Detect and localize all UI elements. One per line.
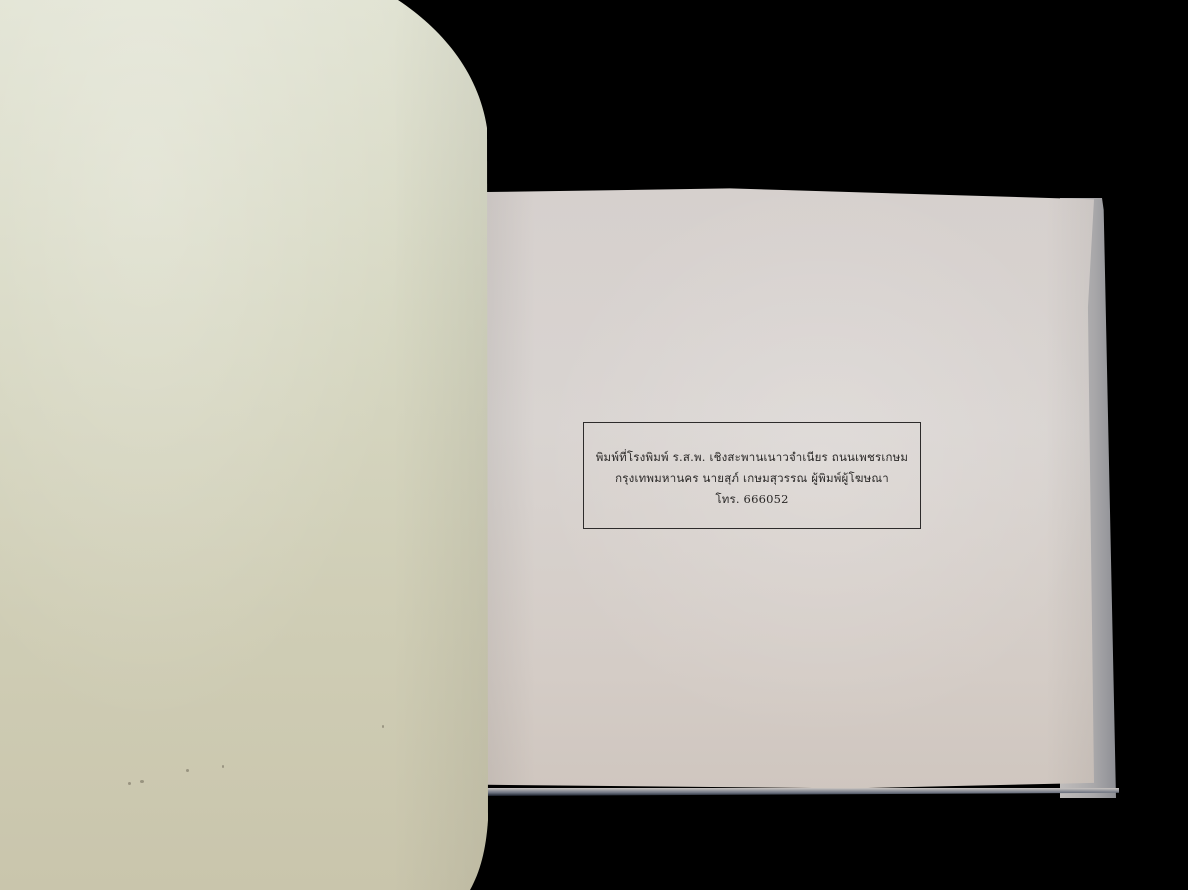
left-page-curled: [0, 0, 490, 890]
paper-stain: [128, 782, 131, 785]
paper-stain: [222, 765, 224, 768]
book-cover-bottom-edge: [487, 788, 1119, 796]
book-photo: พิมพ์ที่โรงพิมพ์ ร.ส.พ. เชิงสะพานเนาวจำเ…: [0, 0, 1188, 890]
paper-stain: [382, 725, 384, 728]
paper-stain: [140, 780, 144, 783]
imprint-city-publisher: กรุงเทพมหานคร นายสุภ์ เกษมสุวรรณ ผู้พิมพ…: [615, 469, 889, 487]
imprint-phone: โทร. 666052: [715, 490, 788, 508]
paper-stain: [186, 769, 189, 772]
printer-imprint-box: พิมพ์ที่โรงพิมพ์ ร.ส.พ. เชิงสะพานเนาวจำเ…: [583, 422, 921, 529]
imprint-printer-address: พิมพ์ที่โรงพิมพ์ ร.ส.พ. เชิงสะพานเนาวจำเ…: [596, 448, 908, 466]
right-page: พิมพ์ที่โรงพิมพ์ ร.ส.พ. เชิงสะพานเนาวจำเ…: [487, 186, 1094, 792]
